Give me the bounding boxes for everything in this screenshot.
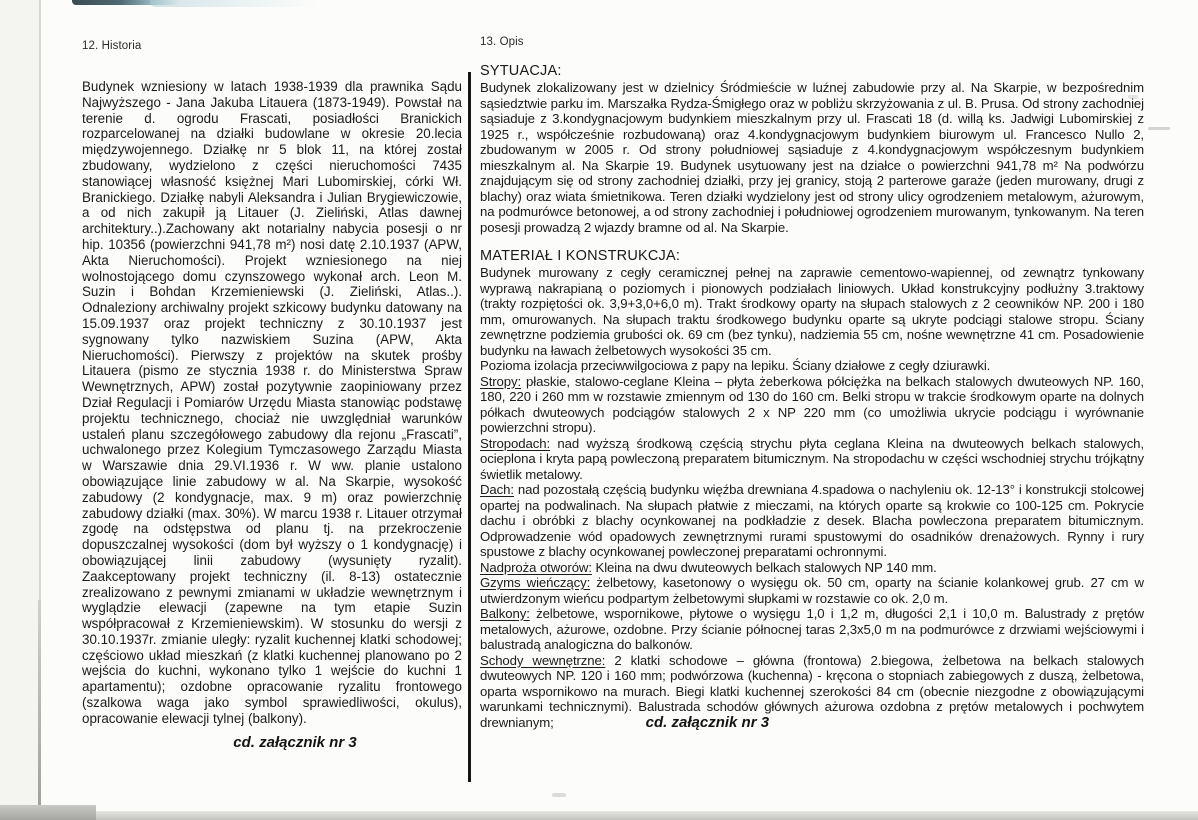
balkony-text: żelbetowe, wspornikowe, płytowe o wysięg… <box>480 606 1144 652</box>
gzyms-entry: Gzyms wieńczący: żelbetowy, kasetonowy o… <box>480 575 1144 606</box>
gzyms-label: Gzyms wieńczący: <box>480 575 590 590</box>
stropodach-text: nad wyższą środkową częścią strychu płyt… <box>480 436 1144 482</box>
historia-section-label: 12. Historia <box>82 40 462 52</box>
sytuacja-heading: SYTUACJA: <box>480 63 1144 79</box>
historia-footer-note: cd. załącznik nr 3 <box>82 734 462 751</box>
sytuacja-paragraph: Budynek zlokalizowany jest w dzielnicy Ś… <box>480 80 1144 235</box>
opis-footer-note: cd. załącznik nr 3 <box>646 715 769 731</box>
schody-label: Schody wewnętrzne: <box>480 653 605 668</box>
historia-column: 12. Historia Budynek wzniesiony w latach… <box>82 40 462 751</box>
nadproza-text: Kleina na dwu dwuteowych belkach stalowy… <box>596 560 937 575</box>
balkony-label: Balkony: <box>480 606 530 621</box>
scanned-document-page: 12. Historia Budynek wzniesiony w latach… <box>0 0 1198 820</box>
scan-bottom-left-corner <box>0 805 96 820</box>
dach-text: nad pozostałą częścią budynku więźba dre… <box>480 482 1144 559</box>
stropy-entry: Stropy: płaskie, stalowo-ceglane Kleina … <box>480 374 1144 436</box>
nadproza-label: Nadproża otworów: <box>480 560 592 575</box>
schody-entry: Schody wewnętrzne: 2 klatki schodowe – g… <box>480 653 1144 731</box>
material-intro-paragraph: Budynek murowany z cegły ceramicznej peł… <box>480 265 1144 358</box>
scan-speck <box>552 793 566 797</box>
dach-label: Dach: <box>480 482 514 497</box>
stropy-text: płaskie, stalowo-ceglane Kleina – płyta … <box>480 374 1144 436</box>
nadproza-entry: Nadproża otworów: Kleina na dwu dwuteowy… <box>480 560 1144 576</box>
column-divider-line <box>468 72 471 782</box>
scan-speck <box>1148 127 1170 130</box>
opis-column: 13. Opis SYTUACJA: Budynek zlokalizowany… <box>480 36 1144 730</box>
stropodach-label: Stropodach: <box>480 436 550 451</box>
dach-entry: Dach: nad pozostałą częścią budynku więź… <box>480 482 1144 560</box>
balkony-entry: Balkony: żelbetowe, wspornikowe, płytowe… <box>480 606 1144 653</box>
stropy-label: Stropy: <box>480 374 521 389</box>
stropodach-entry: Stropodach: nad wyższą środkową częścią … <box>480 436 1144 483</box>
material-insulation-line: Pozioma izolacja przeciwwilgociowa z pap… <box>480 358 1144 374</box>
scan-bottom-edge <box>0 811 1198 820</box>
scan-top-smudge-light <box>150 0 320 7</box>
opis-section-label: 13. Opis <box>480 36 1144 48</box>
scan-left-edge <box>0 0 41 820</box>
historia-paragraph: Budynek wzniesiony w latach 1938-1939 dl… <box>82 79 462 727</box>
material-heading: MATERIAŁ I KONSTRUKCJA: <box>480 248 1144 264</box>
